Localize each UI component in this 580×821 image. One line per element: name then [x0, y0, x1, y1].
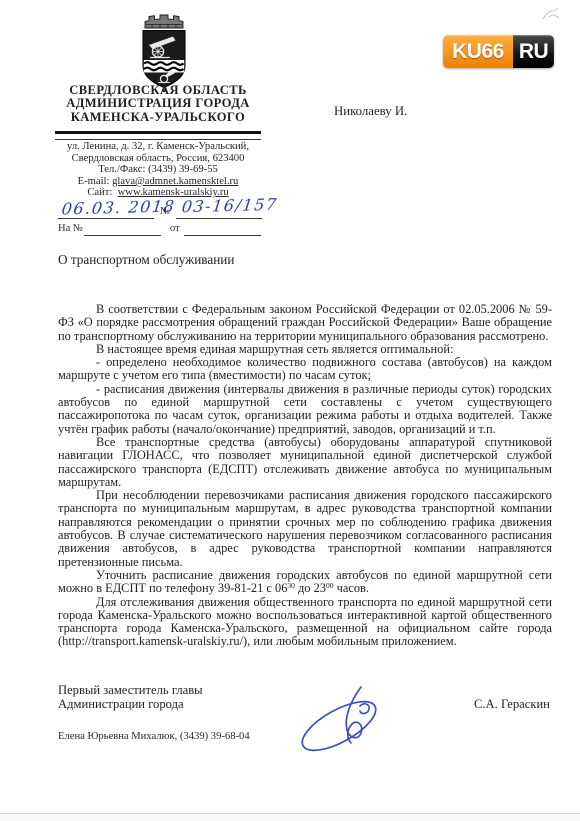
email-label: E-mail: — [78, 176, 110, 187]
ku66ru-logo: KU66 RU — [443, 35, 554, 68]
body-bullet-2: - расписания движения (интервалы движени… — [58, 383, 552, 436]
letterhead-org-line1: АДМИНИСТРАЦИЯ ГОРОДА — [30, 97, 286, 110]
signer-position-line2: Администрации города — [58, 697, 184, 712]
na-number-underline — [84, 234, 161, 236]
number-sign: № — [160, 206, 170, 217]
scanned-letter-page: СВЕРДЛОВСКАЯ ОБЛАСТЬ АДМИНИСТРАЦИЯ ГОРОД… — [0, 0, 580, 821]
body-paragraph-1: В соответствии с Федеральным законом Рос… — [58, 303, 552, 343]
letterhead-phone: Тел./Факс: (3439) 39-69-55 — [30, 164, 286, 176]
signer-name: С.А. Гераскин — [474, 697, 550, 712]
body-paragraph-8: Для отслеживания движения общественного … — [58, 596, 552, 649]
par7-text2: до 23 — [295, 581, 326, 595]
signer-position-line1: Первый заместитель главы — [58, 683, 203, 698]
letterhead-email-row: E-mail: glava@admnet.kamensktel.ru — [30, 176, 286, 188]
letterhead-region: СВЕРДЛОВСКАЯ ОБЛАСТЬ — [30, 84, 286, 97]
email-value: glava@admnet.kamensktel.ru — [112, 176, 238, 187]
logo-left-segment: KU66 — [443, 35, 513, 68]
handwritten-signature — [297, 680, 393, 758]
par7-superscript1: 30 — [287, 581, 295, 590]
letterhead-org-name: СВЕРДЛОВСКАЯ ОБЛАСТЬ АДМИНИСТРАЦИЯ ГОРОД… — [30, 84, 286, 124]
ot-underline — [184, 234, 261, 236]
pencil-scribble-mark — [539, 5, 565, 25]
body-paragraph-7: Уточнить расписание движения городских а… — [58, 569, 552, 596]
ot-label: от — [170, 223, 180, 234]
par7-text3: часов. — [333, 581, 368, 595]
na-number-label: На № — [58, 223, 83, 234]
coat-of-arms-icon — [138, 13, 190, 93]
body-paragraph-2: В настоящее время единая маршрутная сеть… — [58, 343, 552, 356]
site-label: Сайт: — [87, 187, 112, 198]
date-underline — [58, 217, 154, 219]
body-bullet-1: - определено необходимое количество подв… — [58, 356, 552, 383]
body-paragraph-6: При несоблюдении перевозчиками расписани… — [58, 489, 552, 569]
subject-line: О транспортном обслуживании — [58, 252, 234, 268]
body-paragraph-5: Все транспортные средства (автобусы) обо… — [58, 436, 552, 489]
executor-contact: Елена Юрьевна Михалюк, (3439) 39-68-04 — [58, 731, 250, 742]
number-underline — [176, 217, 262, 219]
scan-edge-strip — [0, 814, 580, 821]
logo-right-segment: RU — [513, 35, 554, 68]
letterhead-contact-block: ул. Ленина, д. 32, г. Каменск-Уральский,… — [30, 141, 286, 199]
letterhead-address-line1: ул. Ленина, д. 32, г. Каменск-Уральский, — [30, 141, 286, 153]
letterhead-address-line2: Свердловская область, Россия, 623400 — [30, 153, 286, 165]
letterhead-org-line2: КАМЕНСКА-УРАЛЬСКОГО — [30, 111, 286, 124]
addressee: Николаеву И. — [334, 104, 407, 119]
letter-body: В соответствии с Федеральным законом Рос… — [58, 303, 552, 649]
handwritten-number: 03-16/157 — [181, 195, 279, 216]
letterhead-separator-rule — [55, 131, 261, 140]
